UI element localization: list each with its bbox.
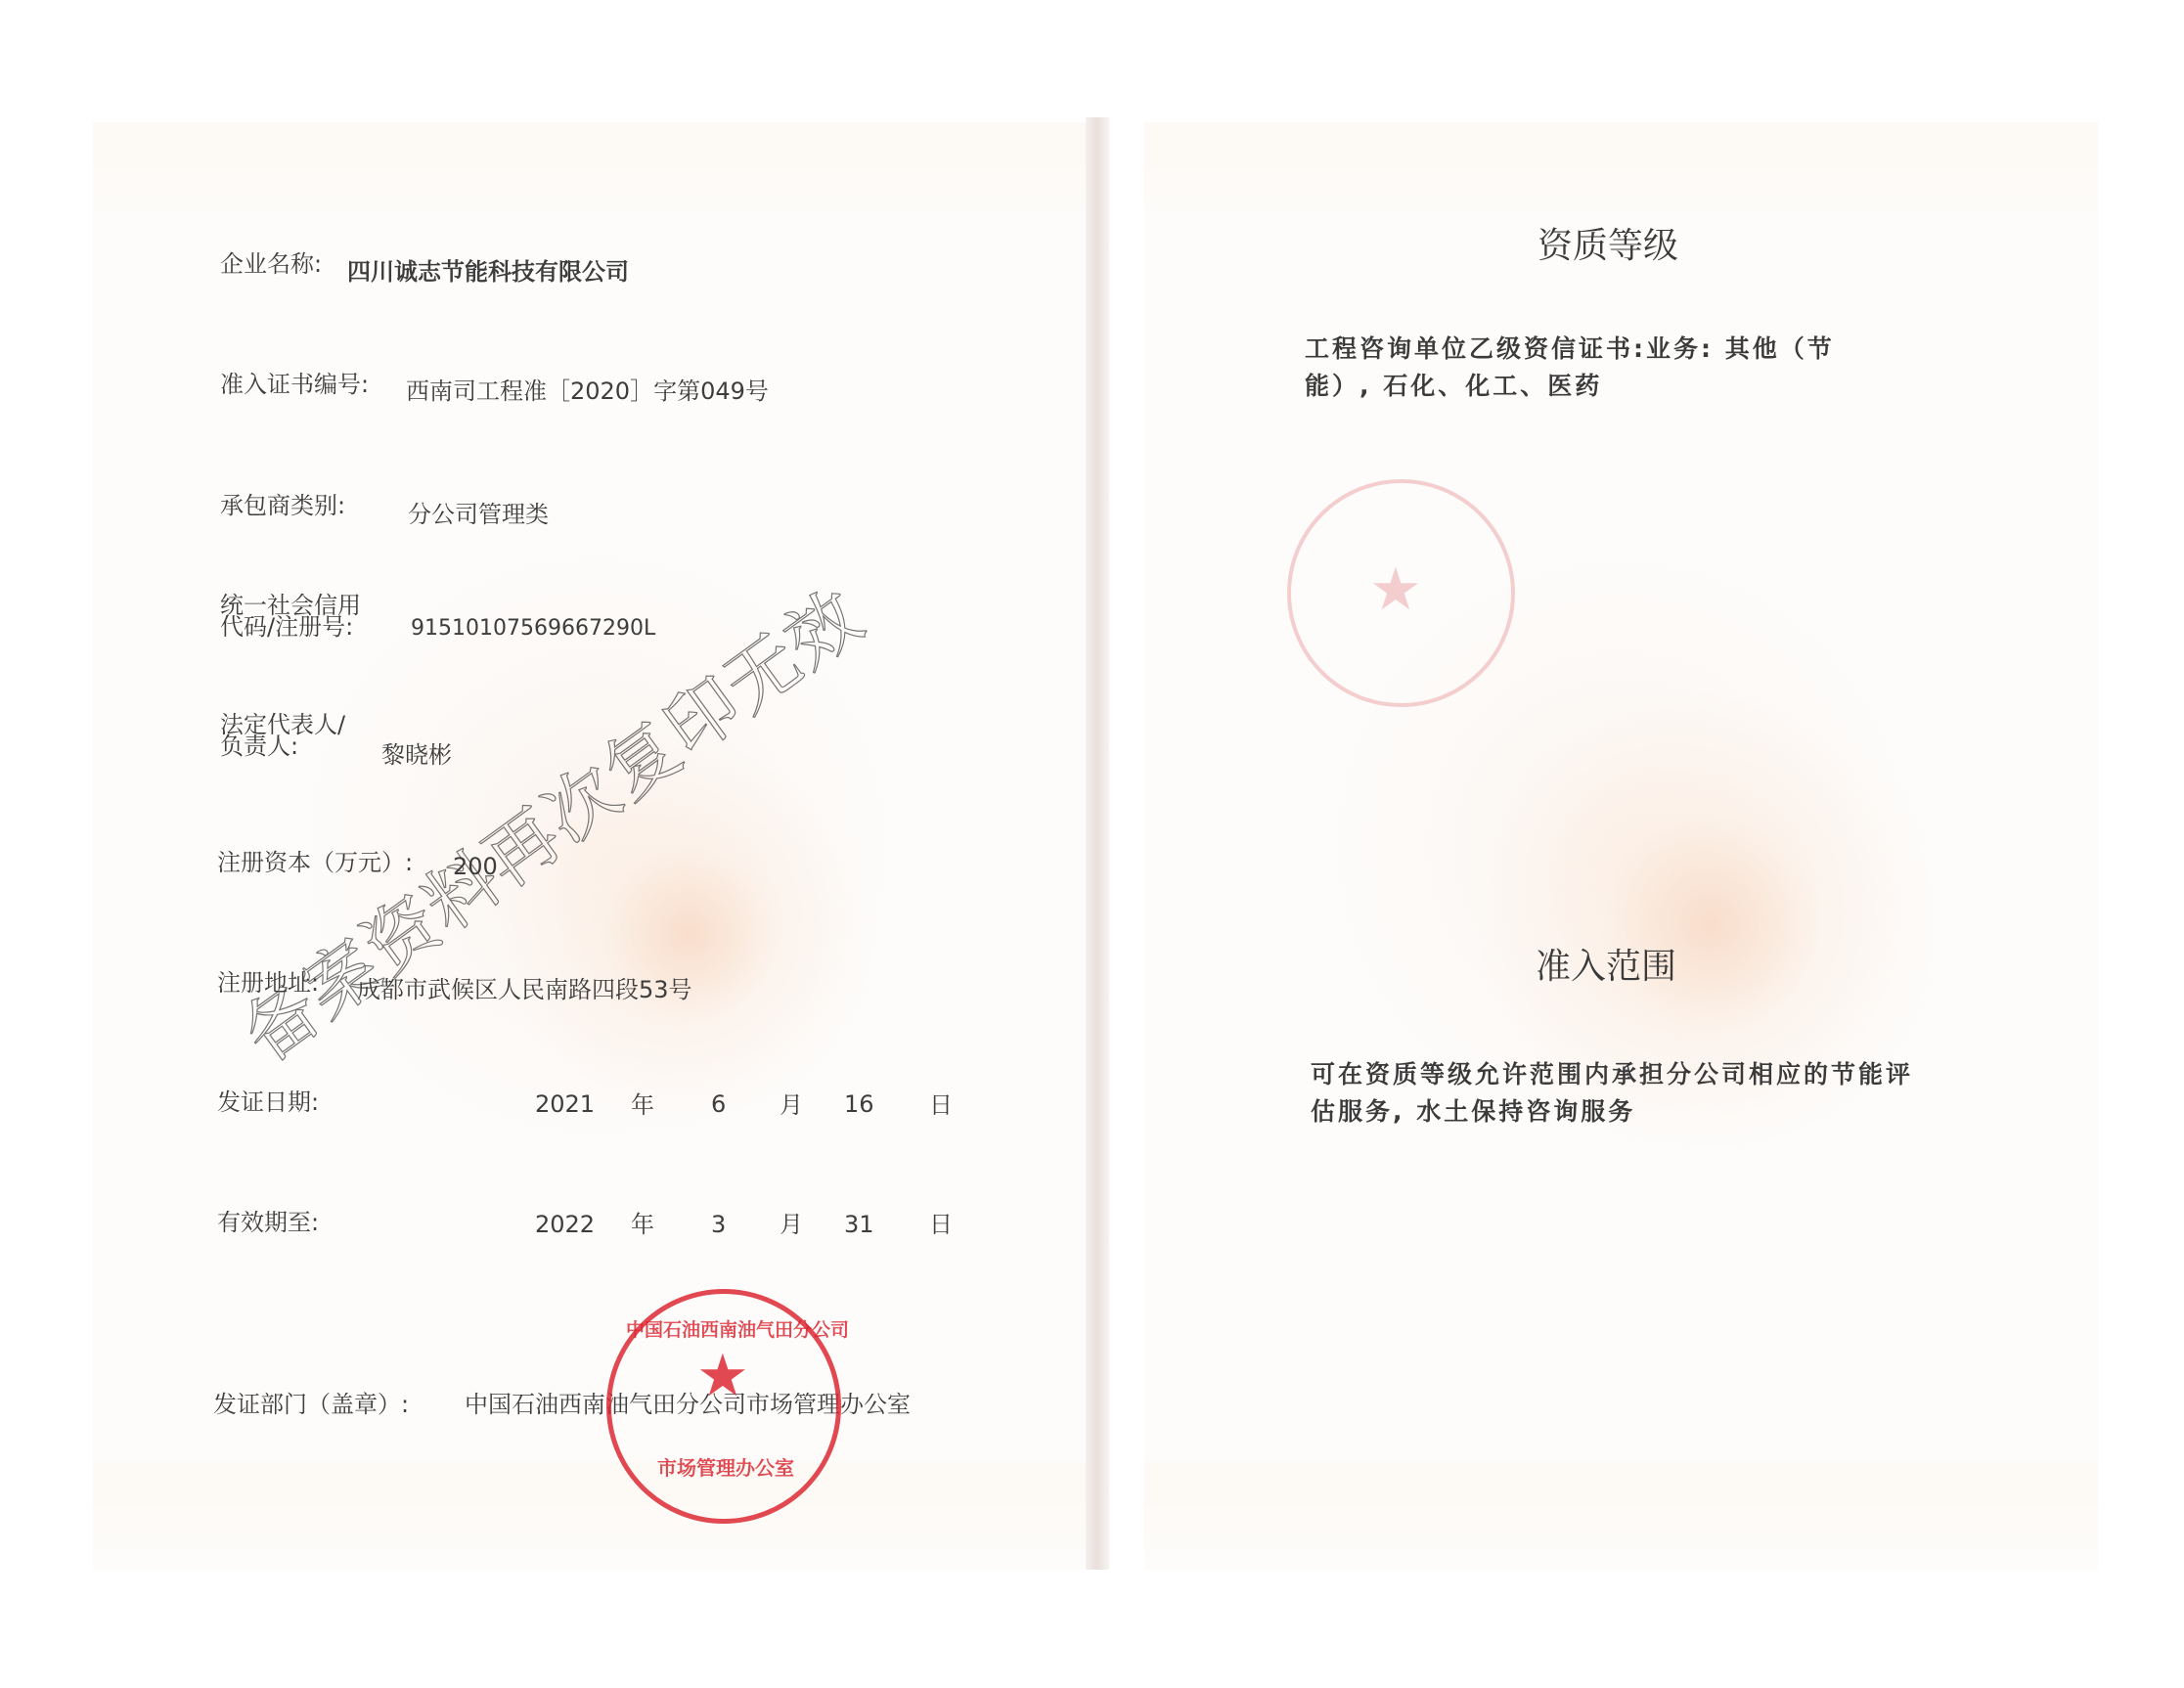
credit-code-label-line2: 代码/注册号: <box>220 616 361 638</box>
valid-until-day: 31 <box>844 1211 874 1238</box>
valid-until-month-unit: 月 <box>780 1205 803 1239</box>
header-pattern-band <box>93 122 1100 210</box>
scope-line1: 可在资质等级允许范围内承担分公司相应的节能评 <box>1311 1056 1913 1093</box>
issue-date-month: 6 <box>711 1090 726 1118</box>
issue-date-day: 16 <box>844 1090 874 1118</box>
issue-date-label: 发证日期: <box>217 1083 319 1117</box>
company-name-value: 四川诚志节能科技有限公司 <box>347 252 629 287</box>
certificate-no-label: 准入证书编号: <box>220 365 369 399</box>
legal-rep-label-line2: 负责人: <box>220 735 345 757</box>
star-icon: ★ <box>1369 555 1422 624</box>
legal-rep-value: 黎晓彬 <box>381 735 452 770</box>
seal-bottom-text: 市场管理办公室 <box>657 1452 794 1481</box>
company-name-label: 企业名称: <box>220 244 322 279</box>
valid-until-label: 有效期至: <box>217 1203 319 1237</box>
footer-pattern-band <box>93 1462 1100 1550</box>
qualification-line2: 能）, 石化、化工、医药 <box>1305 368 1835 405</box>
valid-until-year: 2022 <box>535 1211 595 1238</box>
issue-date-year: 2021 <box>535 1090 595 1118</box>
qualification-title: 资质等级 <box>1538 218 1678 268</box>
scope-title: 准入范围 <box>1536 939 1676 989</box>
valid-until-day-unit: 日 <box>929 1205 953 1239</box>
valid-until-month: 3 <box>711 1211 726 1238</box>
issuing-dept-label: 发证部门（盖章）: <box>213 1385 409 1419</box>
credit-code-label: 统一社会信用 代码/注册号: <box>220 595 361 638</box>
page-gutter <box>1086 117 1109 1570</box>
certificate-no-value: 西南司工程准［2020］字第049号 <box>406 372 769 406</box>
scope-line2: 估服务, 水土保持咨询服务 <box>1311 1093 1913 1131</box>
issue-date-day-unit: 日 <box>929 1086 953 1120</box>
issue-date-month-unit: 月 <box>780 1086 803 1120</box>
seal-top-text: 中国石油西南油气田分公司 <box>626 1315 849 1342</box>
valid-until-year-unit: 年 <box>631 1205 654 1239</box>
contractor-type-label: 承包商类别: <box>220 486 345 520</box>
issue-date-year-unit: 年 <box>631 1086 654 1120</box>
star-icon: ★ <box>696 1342 749 1410</box>
qualification-text: 工程咨询单位乙级资信证书:业务: 其他（节 能）, 石化、化工、医药 <box>1305 331 1835 405</box>
footer-pattern-band <box>1144 1462 2098 1550</box>
legal-rep-label: 法定代表人/ 负责人: <box>220 714 345 757</box>
header-pattern-band <box>1144 122 2098 210</box>
qualification-line1: 工程咨询单位乙级资信证书:业务: 其他（节 <box>1305 331 1835 368</box>
registered-capital-label: 注册资本（万元）: <box>217 843 413 877</box>
scope-text: 可在资质等级允许范围内承担分公司相应的节能评 估服务, 水土保持咨询服务 <box>1311 1056 1913 1131</box>
credit-code-value: 91510107569667290L <box>411 616 655 641</box>
contractor-type-value: 分公司管理类 <box>408 495 549 529</box>
